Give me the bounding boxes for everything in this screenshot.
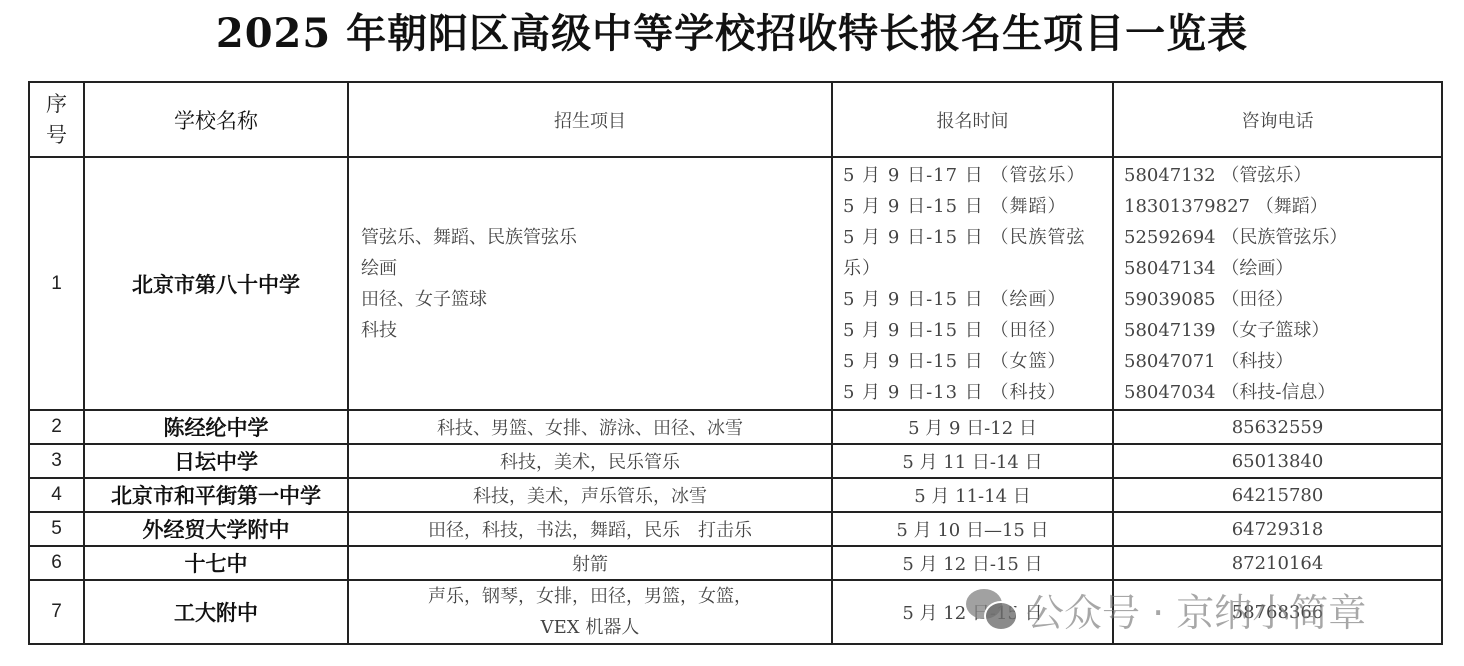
- phone-line: 59039085 （田径）: [1124, 284, 1441, 315]
- recruit-items: 田径，科技，书法，舞蹈，民乐 打击乐: [348, 512, 832, 546]
- header-school: 学校名称: [84, 82, 348, 157]
- page-title: 2025 年朝阳区高级中等学校招收特长报名生项目一览表: [0, 8, 1464, 60]
- time-line: 5 月 9 日-15 日 （女篮）: [843, 346, 1112, 377]
- recruit-items: 声乐，钢琴，女排，田径，男篮，女篮， VEX 机器人: [348, 580, 832, 644]
- header-items: 招生项目: [348, 82, 832, 157]
- table-row: 2 陈经纶中学 科技、男篮、女排、游泳、田径、冰雪 5 月 9 日-12 日 8…: [29, 410, 1442, 444]
- enrollment-table: 序 号 学校名称 招生项目 报名时间 咨询电话 1 北京市第八十中学 管弦乐、舞…: [28, 81, 1443, 645]
- school-name: 十七中: [84, 546, 348, 580]
- school-name: 陈经纶中学: [84, 410, 348, 444]
- item-line: 管弦乐、舞蹈、民族管弦乐: [361, 222, 831, 253]
- table-row: 5 外经贸大学附中 田径，科技，书法，舞蹈，民乐 打击乐 5 月 10 日—15…: [29, 512, 1442, 546]
- time-line: 5 月 9 日-15 日 （民族管弦乐）: [843, 222, 1112, 284]
- phone-line: 18301379827 （舞蹈）: [1124, 191, 1441, 222]
- time-line: 5 月 9 日-17 日 （管弦乐）: [843, 160, 1112, 191]
- phone-line: 58047139 （女子篮球）: [1124, 315, 1441, 346]
- consult-phone: 58047132 （管弦乐） 18301379827 （舞蹈） 52592694…: [1113, 157, 1442, 410]
- school-name: 北京市和平街第一中学: [84, 478, 348, 512]
- row-no: 6: [29, 546, 84, 580]
- phone-line: 58047134 （绘画）: [1124, 253, 1441, 284]
- item-line: 田径、女子篮球: [361, 284, 831, 315]
- row-no: 4: [29, 478, 84, 512]
- recruit-items: 科技，美术，民乐管乐: [348, 444, 832, 478]
- school-name: 北京市第八十中学: [84, 157, 348, 410]
- table-row: 1 北京市第八十中学 管弦乐、舞蹈、民族管弦乐 绘画 田径、女子篮球 科技 5 …: [29, 157, 1442, 410]
- header-phone: 咨询电话: [1113, 82, 1442, 157]
- recruit-items: 科技，美术，声乐管乐，冰雪: [348, 478, 832, 512]
- phone-line: 58047132 （管弦乐）: [1124, 160, 1441, 191]
- row-no: 3: [29, 444, 84, 478]
- item-line: 声乐，钢琴，女排，田径，男篮，女篮，: [349, 581, 831, 612]
- registration-time: 5 月 9 日-12 日: [832, 410, 1113, 444]
- registration-time: 5 月 12 日-15 日: [832, 546, 1113, 580]
- registration-time: 5 月 11-14 日: [832, 478, 1113, 512]
- recruit-items: 科技、男篮、女排、游泳、田径、冰雪: [348, 410, 832, 444]
- item-line: VEX 机器人: [349, 612, 831, 643]
- row-no: 7: [29, 580, 84, 644]
- phone-line: 52592694 （民族管弦乐）: [1124, 222, 1441, 253]
- time-line: 5 月 9 日-15 日 （舞蹈）: [843, 191, 1112, 222]
- consult-phone: 58768366: [1113, 580, 1442, 644]
- item-line: 科技: [361, 315, 831, 346]
- header-no: 序 号: [29, 82, 84, 157]
- header-time: 报名时间: [832, 82, 1113, 157]
- table-header-row: 序 号 学校名称 招生项目 报名时间 咨询电话: [29, 82, 1442, 157]
- registration-time: 5 月 11 日-14 日: [832, 444, 1113, 478]
- row-no: 1: [29, 157, 84, 410]
- time-line: 5 月 9 日-13 日 （科技）: [843, 377, 1112, 408]
- phone-line: 58047071 （科技）: [1124, 346, 1441, 377]
- registration-time: 5 月 10 日—15 日: [832, 512, 1113, 546]
- row-no: 2: [29, 410, 84, 444]
- phone-line: 58047034 （科技-信息）: [1124, 377, 1441, 408]
- table-row: 7 工大附中 声乐，钢琴，女排，田径，男篮，女篮， VEX 机器人 5 月 12…: [29, 580, 1442, 644]
- row-no: 5: [29, 512, 84, 546]
- registration-time: 5 月 9 日-17 日 （管弦乐） 5 月 9 日-15 日 （舞蹈） 5 月…: [832, 157, 1113, 410]
- table-row: 6 十七中 射箭 5 月 12 日-15 日 87210164: [29, 546, 1442, 580]
- school-name: 日坛中学: [84, 444, 348, 478]
- recruit-items: 管弦乐、舞蹈、民族管弦乐 绘画 田径、女子篮球 科技: [348, 157, 832, 410]
- time-line: 5 月 9 日-15 日 （田径）: [843, 315, 1112, 346]
- consult-phone: 64729318: [1113, 512, 1442, 546]
- recruit-items: 射箭: [348, 546, 832, 580]
- consult-phone: 85632559: [1113, 410, 1442, 444]
- registration-time: 5 月 12 日-15 日: [832, 580, 1113, 644]
- school-name: 外经贸大学附中: [84, 512, 348, 546]
- table-row: 3 日坛中学 科技，美术，民乐管乐 5 月 11 日-14 日 65013840: [29, 444, 1442, 478]
- school-name: 工大附中: [84, 580, 348, 644]
- header-no-line1: 序: [30, 89, 83, 120]
- header-no-line2: 号: [30, 120, 83, 151]
- item-line: 绘画: [361, 253, 831, 284]
- consult-phone: 87210164: [1113, 546, 1442, 580]
- consult-phone: 64215780: [1113, 478, 1442, 512]
- consult-phone: 65013840: [1113, 444, 1442, 478]
- time-line: 5 月 9 日-15 日 （绘画）: [843, 284, 1112, 315]
- table-row: 4 北京市和平街第一中学 科技，美术，声乐管乐，冰雪 5 月 11-14 日 6…: [29, 478, 1442, 512]
